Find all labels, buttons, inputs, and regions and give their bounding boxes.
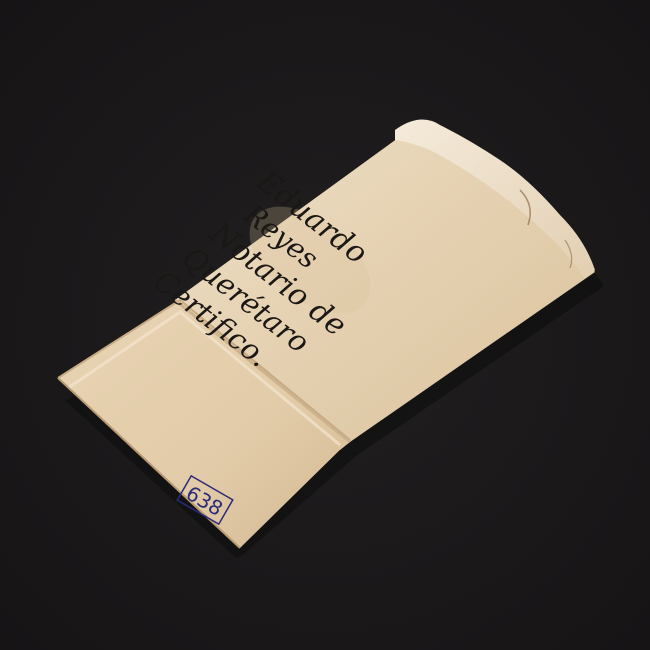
paper-packet: Eduardo Reyes Notario de Querétaro Certi… [0,0,650,650]
